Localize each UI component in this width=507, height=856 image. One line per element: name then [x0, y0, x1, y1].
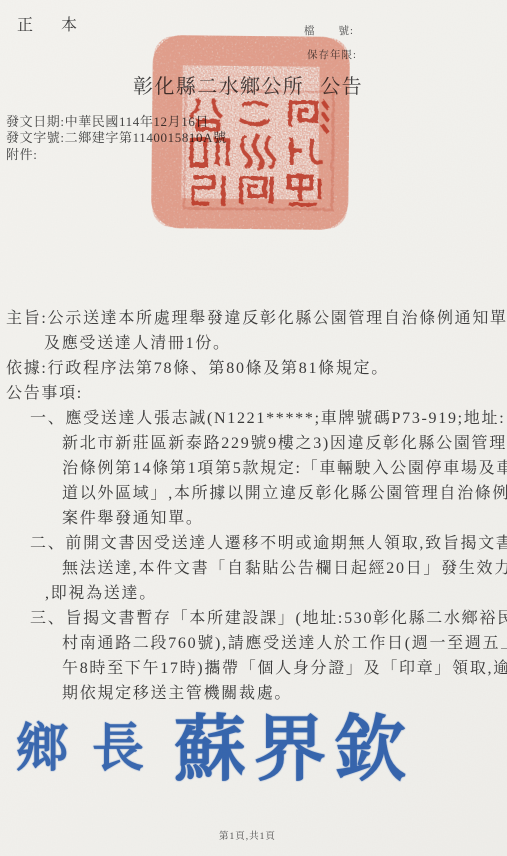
body-line: 村南通路二段760號),請應受送達人於工作日(週一至週五上	[6, 631, 506, 656]
body-line: 道以外區域」,本所據以開立違反彰化縣公園管理自治條例	[6, 481, 506, 506]
body-line: 無法送達,本件文書「自黏貼公告欄日起經20日」發生效力	[6, 556, 506, 581]
mayor-name-text: 蘇界欽	[174, 691, 414, 795]
body-line: ,即視為送達。	[6, 581, 506, 606]
body-line: 午8時至下午17時)攜帶「個人身分證」及「印章」領取,逾	[6, 656, 506, 681]
body-line: 依據:行政程序法第78條、第80條及第81條規定。	[6, 356, 506, 381]
announcement-body: 主旨:公示送達本所處理舉發違反彰化縣公園管理自治條例通知單 及應受送達人清冊1份…	[6, 306, 506, 706]
body-line: 新北市新莊區新泰路229號9樓之3)因違反彰化縣公園管理自	[6, 431, 506, 456]
body-line: 一、應受送達人張志誠(N1221*****;車牌號碼P73-919;地址:	[6, 406, 506, 431]
mayor-title-text: 鄉長	[16, 706, 168, 781]
official-seal-stamp	[150, 34, 351, 231]
body-line: 三、旨揭文書暫存「本所建設課」(地址:530彰化縣二水鄉裕民	[6, 606, 506, 631]
body-line: 治條例第14條第1項第5款規定:「車輛駛入公園停車場及車	[6, 456, 506, 481]
body-line: 公告事項:	[6, 381, 506, 406]
mayor-signature-stamp: 鄉長 蘇界欽	[16, 698, 414, 788]
body-line: 案件舉發通知單。	[6, 506, 506, 531]
copy-type-label: 正 本	[17, 12, 83, 35]
body-line: 主旨:公示送達本所處理舉發違反彰化縣公園管理自治條例通知單	[6, 306, 506, 331]
body-line: 二、前開文書因受送達人遷移不明或逾期無人領取,致旨揭文書	[6, 531, 506, 556]
page-number-indicator: 第1頁,共1頁	[0, 828, 501, 842]
announcement-document: 正 本 檔 號: 保存年限: 彰化縣二水鄉公所 公告 發文日期:中華民國114年…	[0, 0, 507, 856]
body-line: 及應受送達人清冊1份。	[6, 331, 506, 356]
